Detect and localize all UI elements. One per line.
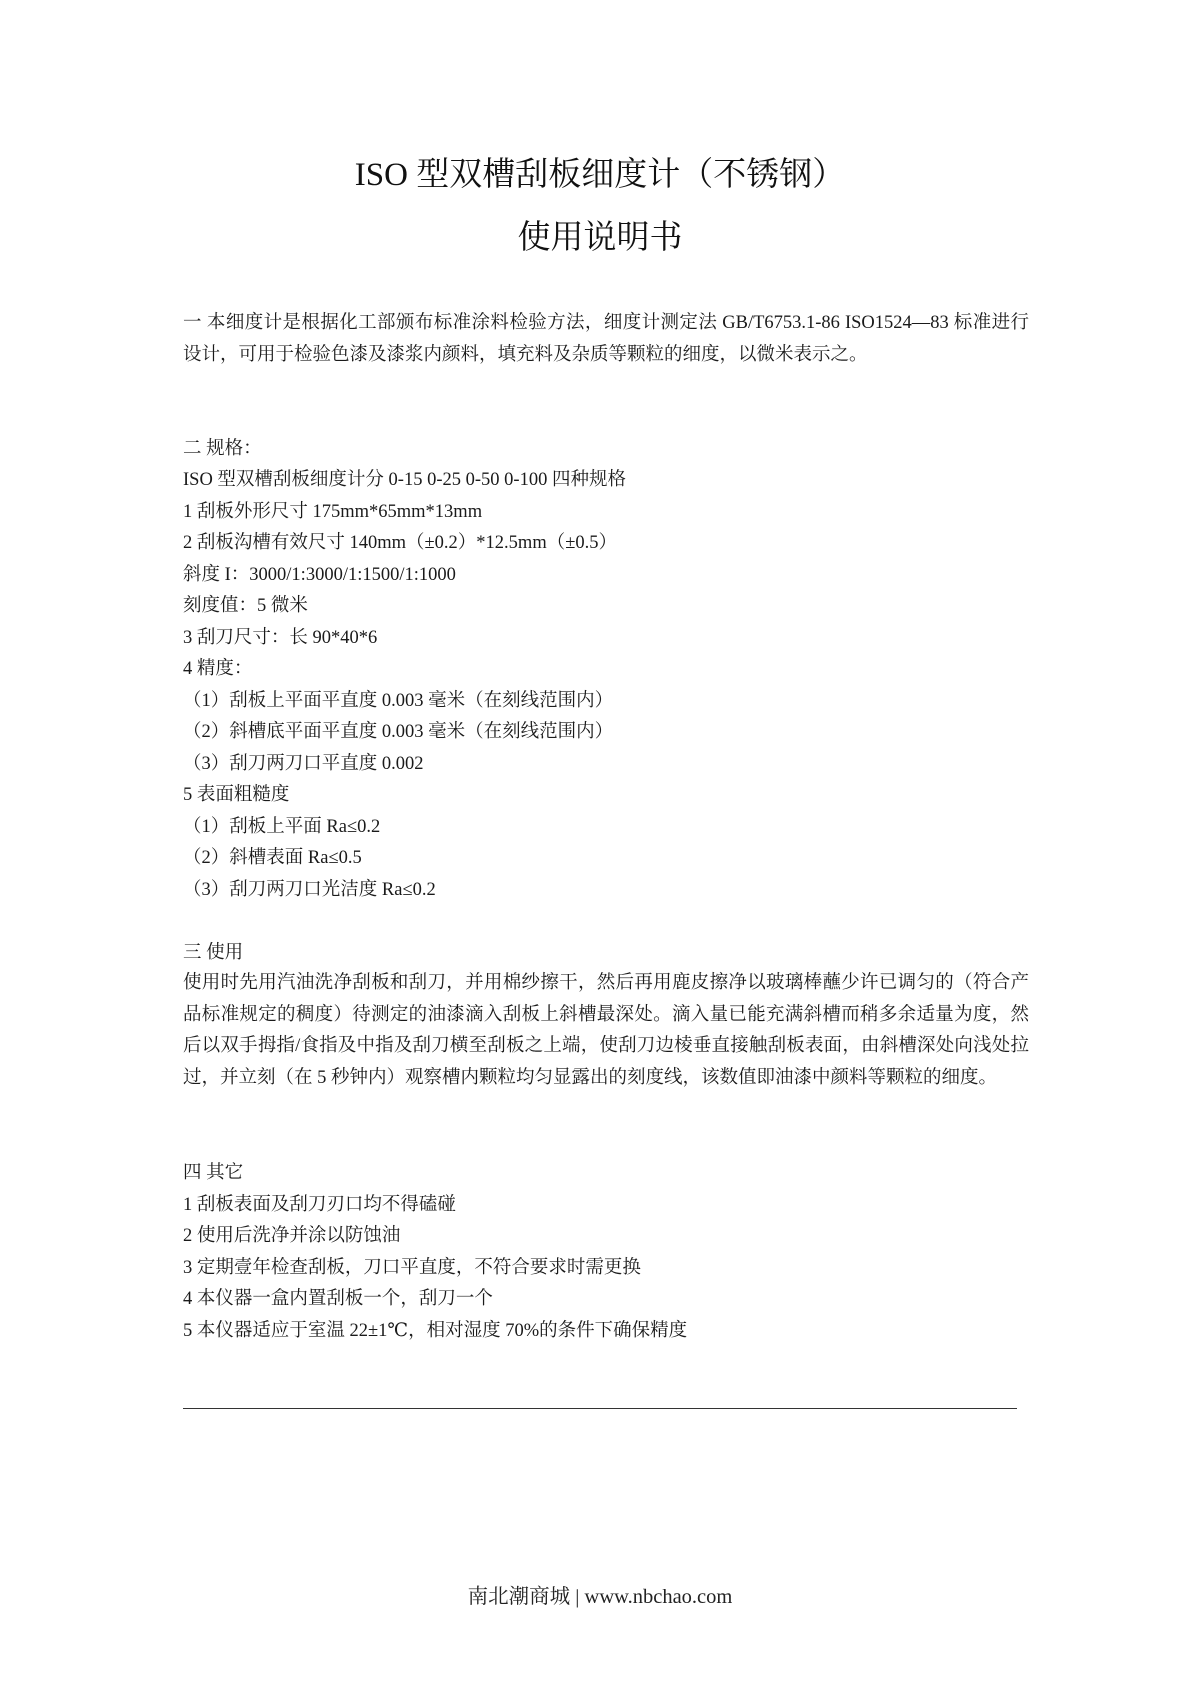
spec-line: 1 刮板外形尺寸 175mm*65mm*13mm xyxy=(183,500,482,524)
document-title: ISO 型双槽刮板细度计（不锈钢） xyxy=(0,155,1200,195)
spec-line: 4 精度： xyxy=(183,657,252,681)
spec-line: （3）刮刀两刀口平直度 0.002 xyxy=(183,752,424,776)
spec-line: 2 刮板沟槽有效尺寸 140mm（±0.2）*12.5mm（±0.5） xyxy=(183,531,617,555)
section1-text: 一 本细度计是根据化工部颁布标准涂料检验方法，细度计测定法 GB/T6753.1… xyxy=(183,308,1029,371)
divider xyxy=(183,1408,1017,1409)
spec-line: ISO 型双槽刮板细度计分 0-15 0-25 0-50 0-100 四种规格 xyxy=(183,468,626,492)
spec-line: （3）刮刀两刀口光洁度 Ra≤0.2 xyxy=(183,878,436,902)
other-line: 3 定期壹年检查刮板，刀口平直度，不符合要求时需更换 xyxy=(183,1256,641,1280)
other-line: 4 本仪器一盒内置刮板一个，刮刀一个 xyxy=(183,1287,493,1311)
section3-heading: 三 使用 xyxy=(183,941,243,965)
spec-line: 刻度值：5 微米 xyxy=(183,594,308,618)
section3-text: 使用时先用汽油洗净刮板和刮刀，并用棉纱擦干，然后再用鹿皮擦净以玻璃棒蘸少许已调匀… xyxy=(183,968,1029,1094)
spec-line: （1）刮板上平面 Ra≤0.2 xyxy=(183,815,380,839)
other-line: 2 使用后洗净并涂以防蚀油 xyxy=(183,1224,400,1248)
spec-line: 斜度 I：3000/1:3000/1:1500/1:1000 xyxy=(183,563,456,587)
spec-line: （1）刮板上平面平直度 0.003 毫米（在刻线范围内） xyxy=(183,689,613,713)
other-line: 1 刮板表面及刮刀刃口均不得磕碰 xyxy=(183,1193,456,1217)
footer-text: 南北潮商城 | www.nbchao.com xyxy=(0,1583,1200,1611)
document-subtitle: 使用说明书 xyxy=(0,218,1200,258)
other-line: 5 本仪器适应于室温 22±1℃，相对湿度 70%的条件下确保精度 xyxy=(183,1319,687,1343)
spec-line: 3 刮刀尺寸：长 90*40*6 xyxy=(183,626,377,650)
section2-heading: 二 规格： xyxy=(183,437,262,461)
spec-line: （2）斜槽底平面平直度 0.003 毫米（在刻线范围内） xyxy=(183,720,613,744)
spec-line: （2）斜槽表面 Ra≤0.5 xyxy=(183,846,362,870)
spec-line: 5 表面粗糙度 xyxy=(183,783,289,807)
section4-heading: 四 其它 xyxy=(183,1161,243,1185)
document-page: ISO 型双槽刮板细度计（不锈钢） 使用说明书 一 本细度计是根据化工部颁布标准… xyxy=(0,0,1200,1697)
